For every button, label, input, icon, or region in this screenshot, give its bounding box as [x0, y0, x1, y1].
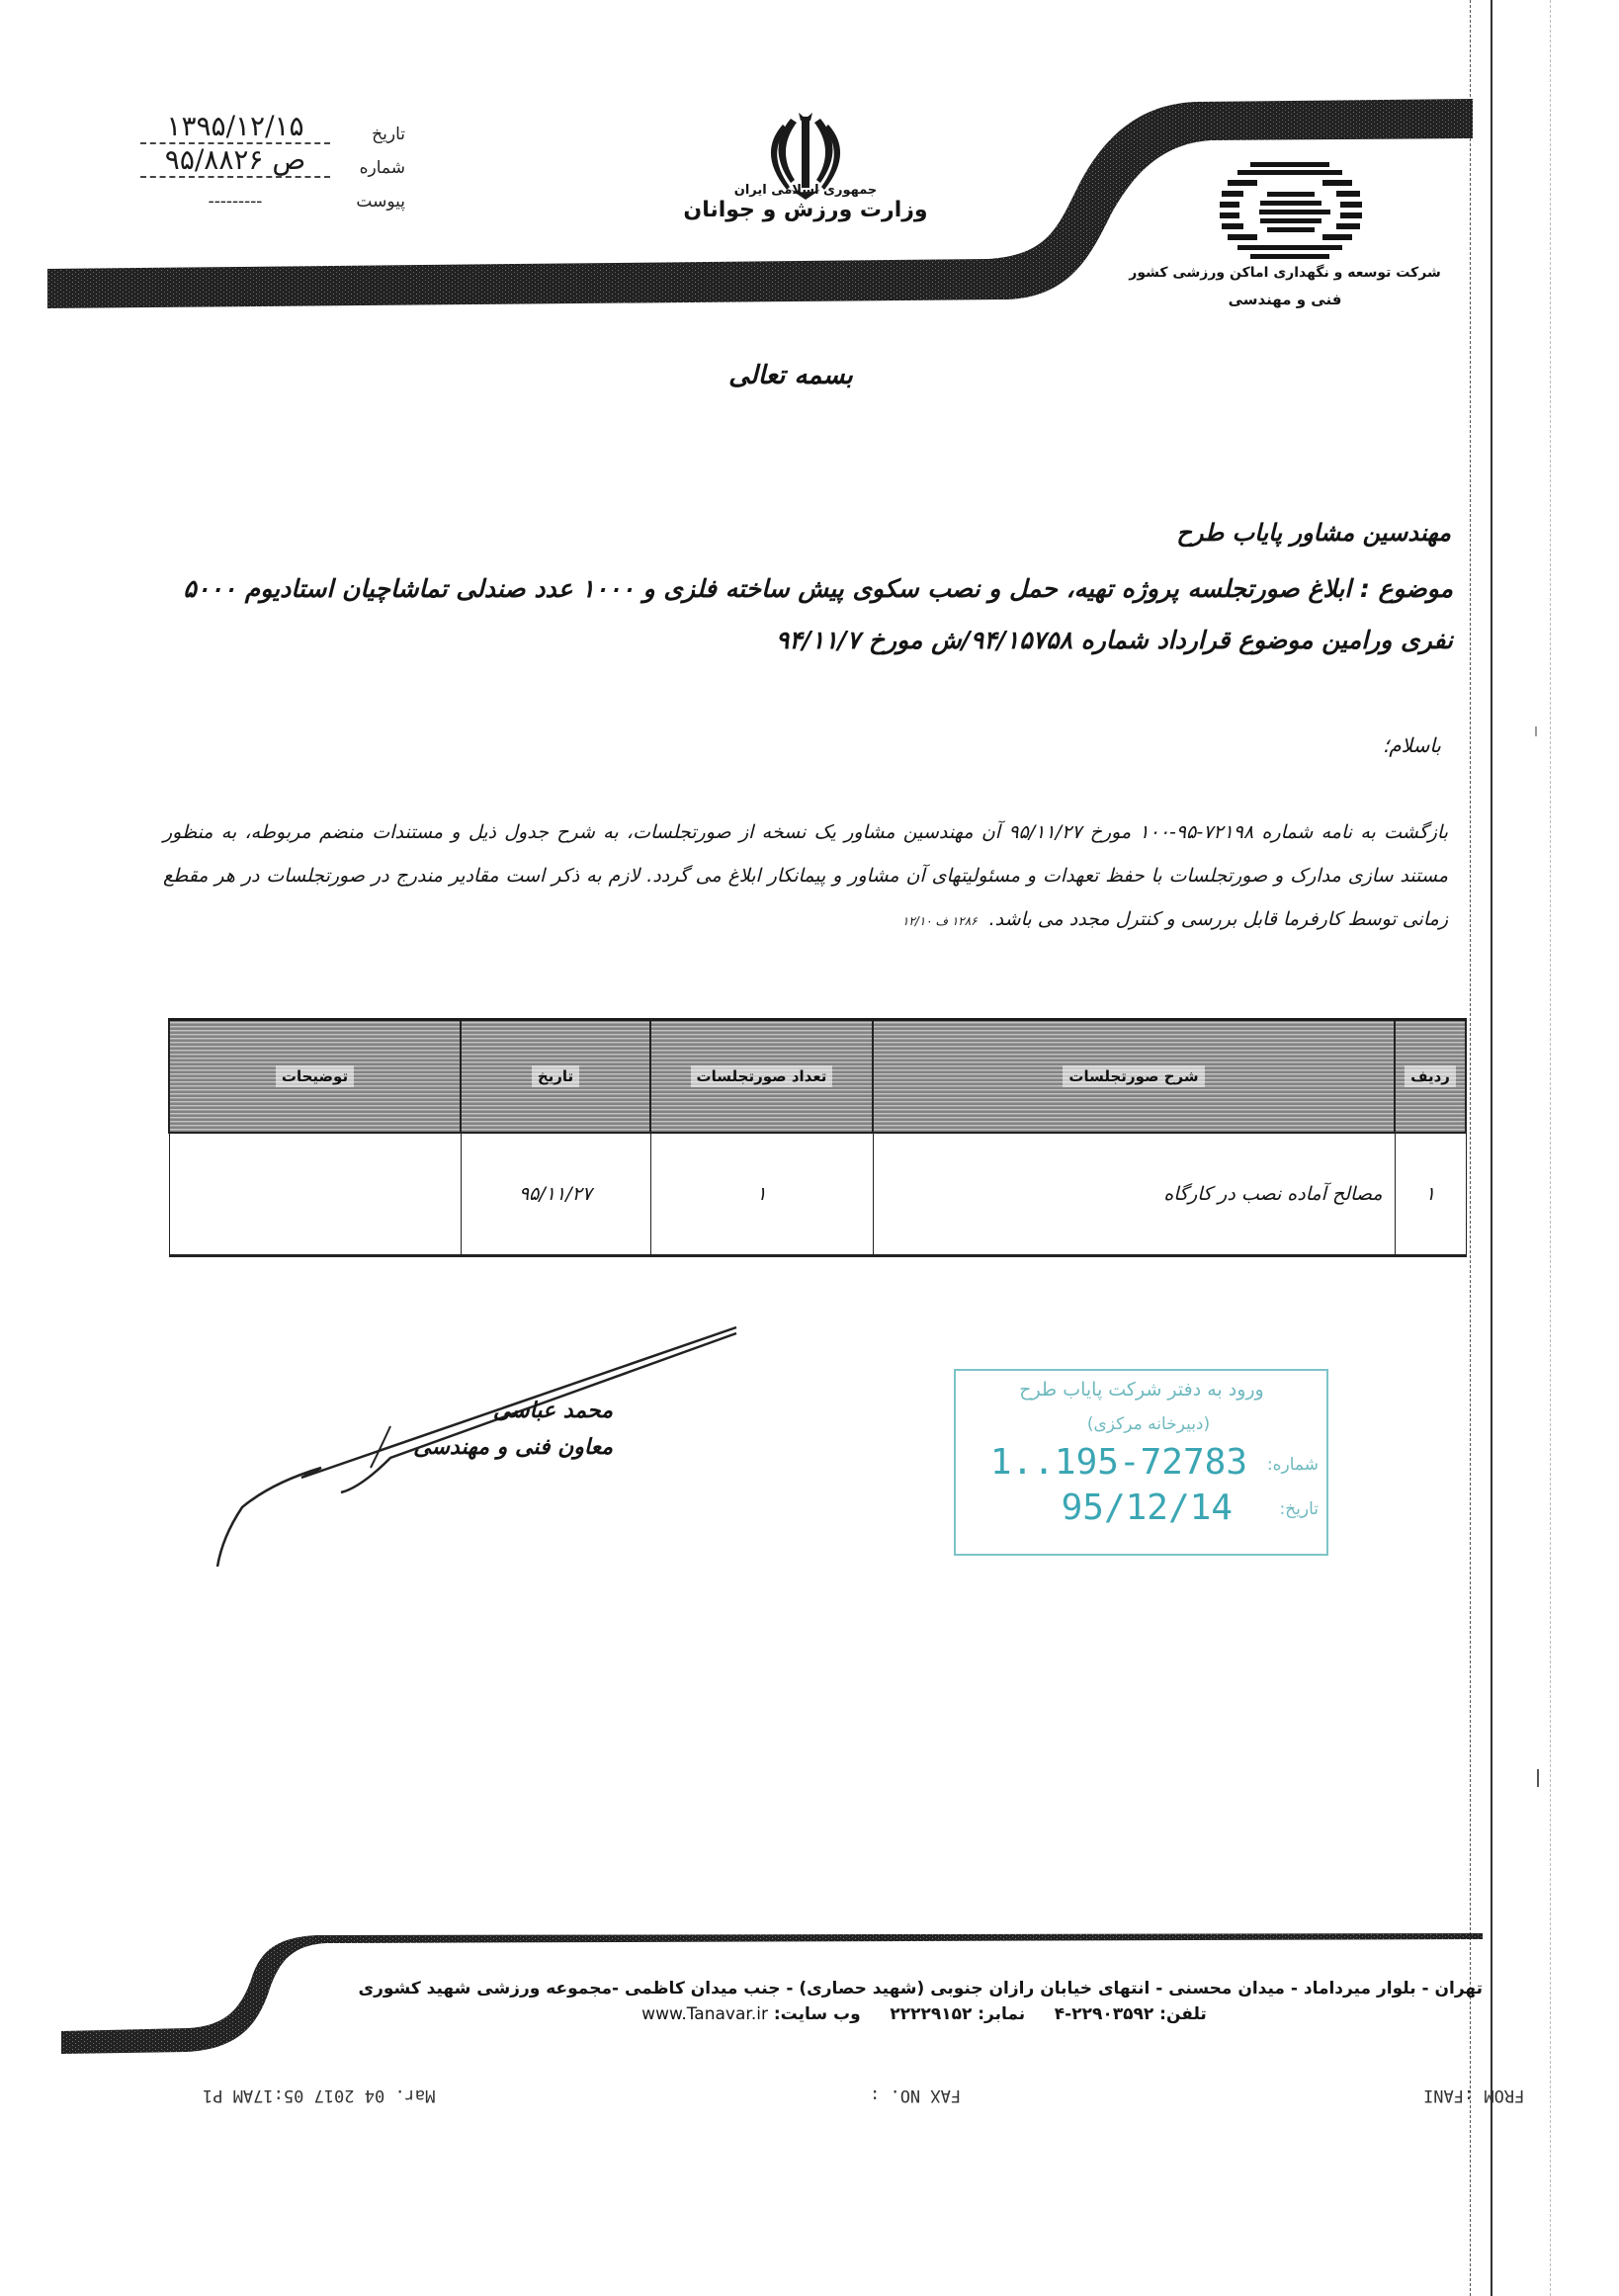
fax-label: نمابر: — [978, 2004, 1025, 2024]
stamp-title: ورود به دفتر شرکت پایاب طرح — [969, 1379, 1315, 1401]
col-row-number: ردیف — [1395, 1020, 1466, 1134]
scan-mark — [1537, 1769, 1539, 1787]
date-label: تاریخ — [336, 125, 405, 144]
table-header-row: ردیف شرح صورتجلسات تعداد صورتجلسات تاریخ… — [169, 1020, 1466, 1134]
website-link[interactable]: www.Tanavar.ir — [641, 2004, 768, 2024]
company-department: فنی و مهندسی — [1107, 291, 1463, 308]
ministry-name: وزارت ورزش و جوانان — [682, 198, 929, 222]
number-row: شماره ۹۵/۸۸۲۶ ص — [89, 144, 405, 178]
company-name-block: شرکت توسعه و نگهداری اماکن ورزشی کشور فن… — [1107, 265, 1463, 308]
cell-description: مصالح آماده نصب در کارگاه — [873, 1133, 1395, 1256]
attachment-row: پیوست --------- — [89, 178, 405, 212]
body-note: ۱۲۸۶ ف ۱۲/۱۰ — [902, 914, 978, 928]
phone-value: ۲۲۹۰۳۵۹۲-۴ — [1055, 2004, 1153, 2024]
signatory-name: محمد عباسی — [346, 1399, 613, 1423]
fax-from: FROM :FANI — [1423, 2085, 1524, 2105]
footer-contact: تهران - بلوار میرداماد - میدان محسنی - ا… — [247, 1977, 1483, 2024]
table-row: ۱ مصالح آماده نصب در کارگاه ۱ ۹۵/۱۱/۲۷ — [169, 1133, 1466, 1256]
date-value: ۱۳۹۵/۱۲/۱۵ — [140, 110, 330, 144]
col-description: شرح صورتجلسات — [873, 1020, 1395, 1134]
fax-number: FAX NO. : — [870, 2085, 961, 2105]
stamp-number-label: شماره: — [1267, 1455, 1319, 1475]
received-stamp: ورود به دفتر شرکت پایاب طرح (دبیرخانه مر… — [954, 1369, 1328, 1556]
minutes-table: ردیف شرح صورتجلسات تعداد صورتجلسات تاریخ… — [168, 1018, 1465, 1257]
signatory: محمد عباسی معاون فنی و مهندسی — [346, 1399, 613, 1460]
company-logo-icon — [1216, 158, 1364, 267]
footer-address: تهران - بلوار میرداماد - میدان محسنی - ا… — [247, 1977, 1483, 2000]
cell-notes — [169, 1133, 461, 1256]
signatory-role: معاون فنی و مهندسی — [346, 1435, 613, 1460]
body-paragraph: بازگشت به نامه شماره ۷۲۱۹۸-۹۵-۱۰۰ مورخ ۹… — [163, 821, 1448, 930]
cell-row-number: ۱ — [1395, 1133, 1466, 1256]
letter-meta: تاریخ ۱۳۹۵/۱۲/۱۵ شماره ۹۵/۸۸۲۶ ص پیوست -… — [89, 111, 405, 212]
company-name: شرکت توسعه و نگهداری اماکن ورزشی کشور — [1107, 265, 1463, 281]
fax-value: ۲۲۲۲۹۱۵۲ — [890, 2004, 972, 2024]
footer-contact-line: تلفن: ۲۲۹۰۳۵۹۲-۴ نمابر: ۲۲۲۲۹۱۵۲ وب سایت… — [247, 2004, 1483, 2024]
number-value: ۹۵/۸۸۲۶ ص — [140, 143, 330, 178]
col-date: تاریخ — [461, 1020, 650, 1134]
website-label: وب سایت: — [774, 2004, 861, 2024]
phone-label: تلفن: — [1159, 2004, 1207, 2024]
stamp-date-value: 95/12/14 — [1062, 1488, 1233, 1528]
date-row: تاریخ ۱۳۹۵/۱۲/۱۵ — [89, 111, 405, 144]
subject: موضوع : ابلاغ صورتجلسه پروژه تهیه، حمل و… — [163, 563, 1453, 666]
stamp-date-label: تاریخ: — [1279, 1499, 1319, 1519]
ministry-title: جمهوری اسلامی ایران وزارت ورزش و جوانان — [682, 183, 929, 222]
attachment-label: پیوست — [336, 192, 405, 212]
stamp-number-value: 1..195-72783 — [990, 1442, 1247, 1483]
cell-date: ۹۵/۱۱/۲۷ — [461, 1133, 650, 1256]
fax-timestamp: Mar. 04 2017 05:17AM P1 — [203, 2085, 435, 2105]
ministry-subtitle: جمهوری اسلامی ایران — [682, 183, 929, 198]
col-notes: توضیحات — [169, 1020, 461, 1134]
attachment-value: --------- — [140, 191, 330, 212]
greeting: باسلام؛ — [1383, 733, 1441, 757]
number-label: شماره — [336, 158, 405, 178]
stamp-subtitle: (دبیرخانه مرکزی) — [1030, 1414, 1267, 1434]
col-count: تعداد صورتجلسات — [650, 1020, 873, 1134]
scan-mark — [1535, 726, 1537, 736]
cell-count: ۱ — [650, 1133, 873, 1256]
letter-body: بازگشت به نامه شماره ۷۲۱۹۸-۹۵-۱۰۰ مورخ ۹… — [163, 810, 1448, 943]
recipient: مهندسین مشاور پایاب طرح — [1176, 519, 1451, 547]
bismillah-heading: بسمه تعالی — [722, 361, 860, 390]
